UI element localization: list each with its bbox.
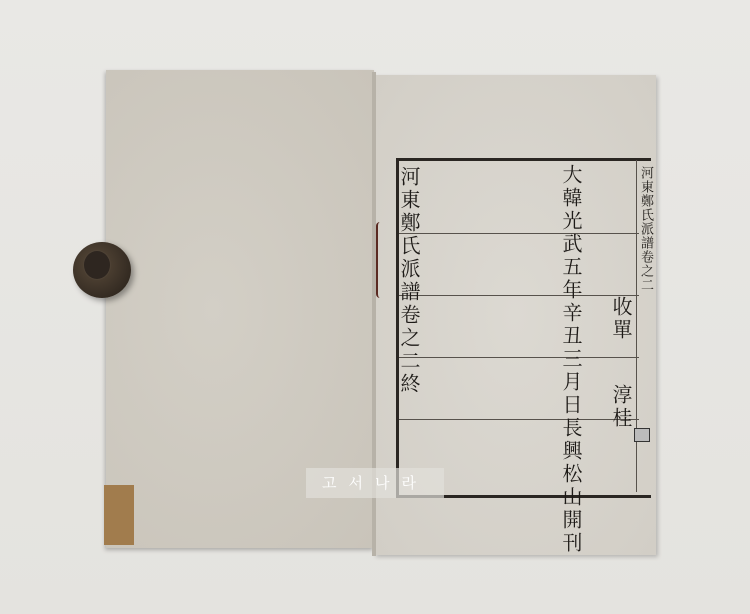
colophon-note-1: 收單: [610, 296, 632, 342]
watermark: 고서나라: [306, 468, 444, 498]
fishtail-mark: [634, 428, 650, 442]
volume-end-title: 河東鄭氏派譜卷之二終: [398, 166, 420, 396]
metal-weight-top: [83, 250, 111, 280]
colophon-date-place: 大韓光武五年辛丑三月日長興松山開刊: [560, 164, 582, 555]
row-rule: [399, 357, 639, 358]
fold-rule: [636, 160, 637, 492]
binding-thread: [376, 222, 384, 298]
colophon-note-2: 淳桂: [610, 384, 632, 430]
row-rule: [399, 419, 639, 420]
metal-weight: [73, 242, 131, 298]
row-rule: [399, 295, 639, 296]
fold-margin-title: 河東鄭氏派譜卷之二: [638, 166, 652, 292]
row-rule: [399, 233, 639, 234]
torn-page-corner: [104, 485, 134, 545]
